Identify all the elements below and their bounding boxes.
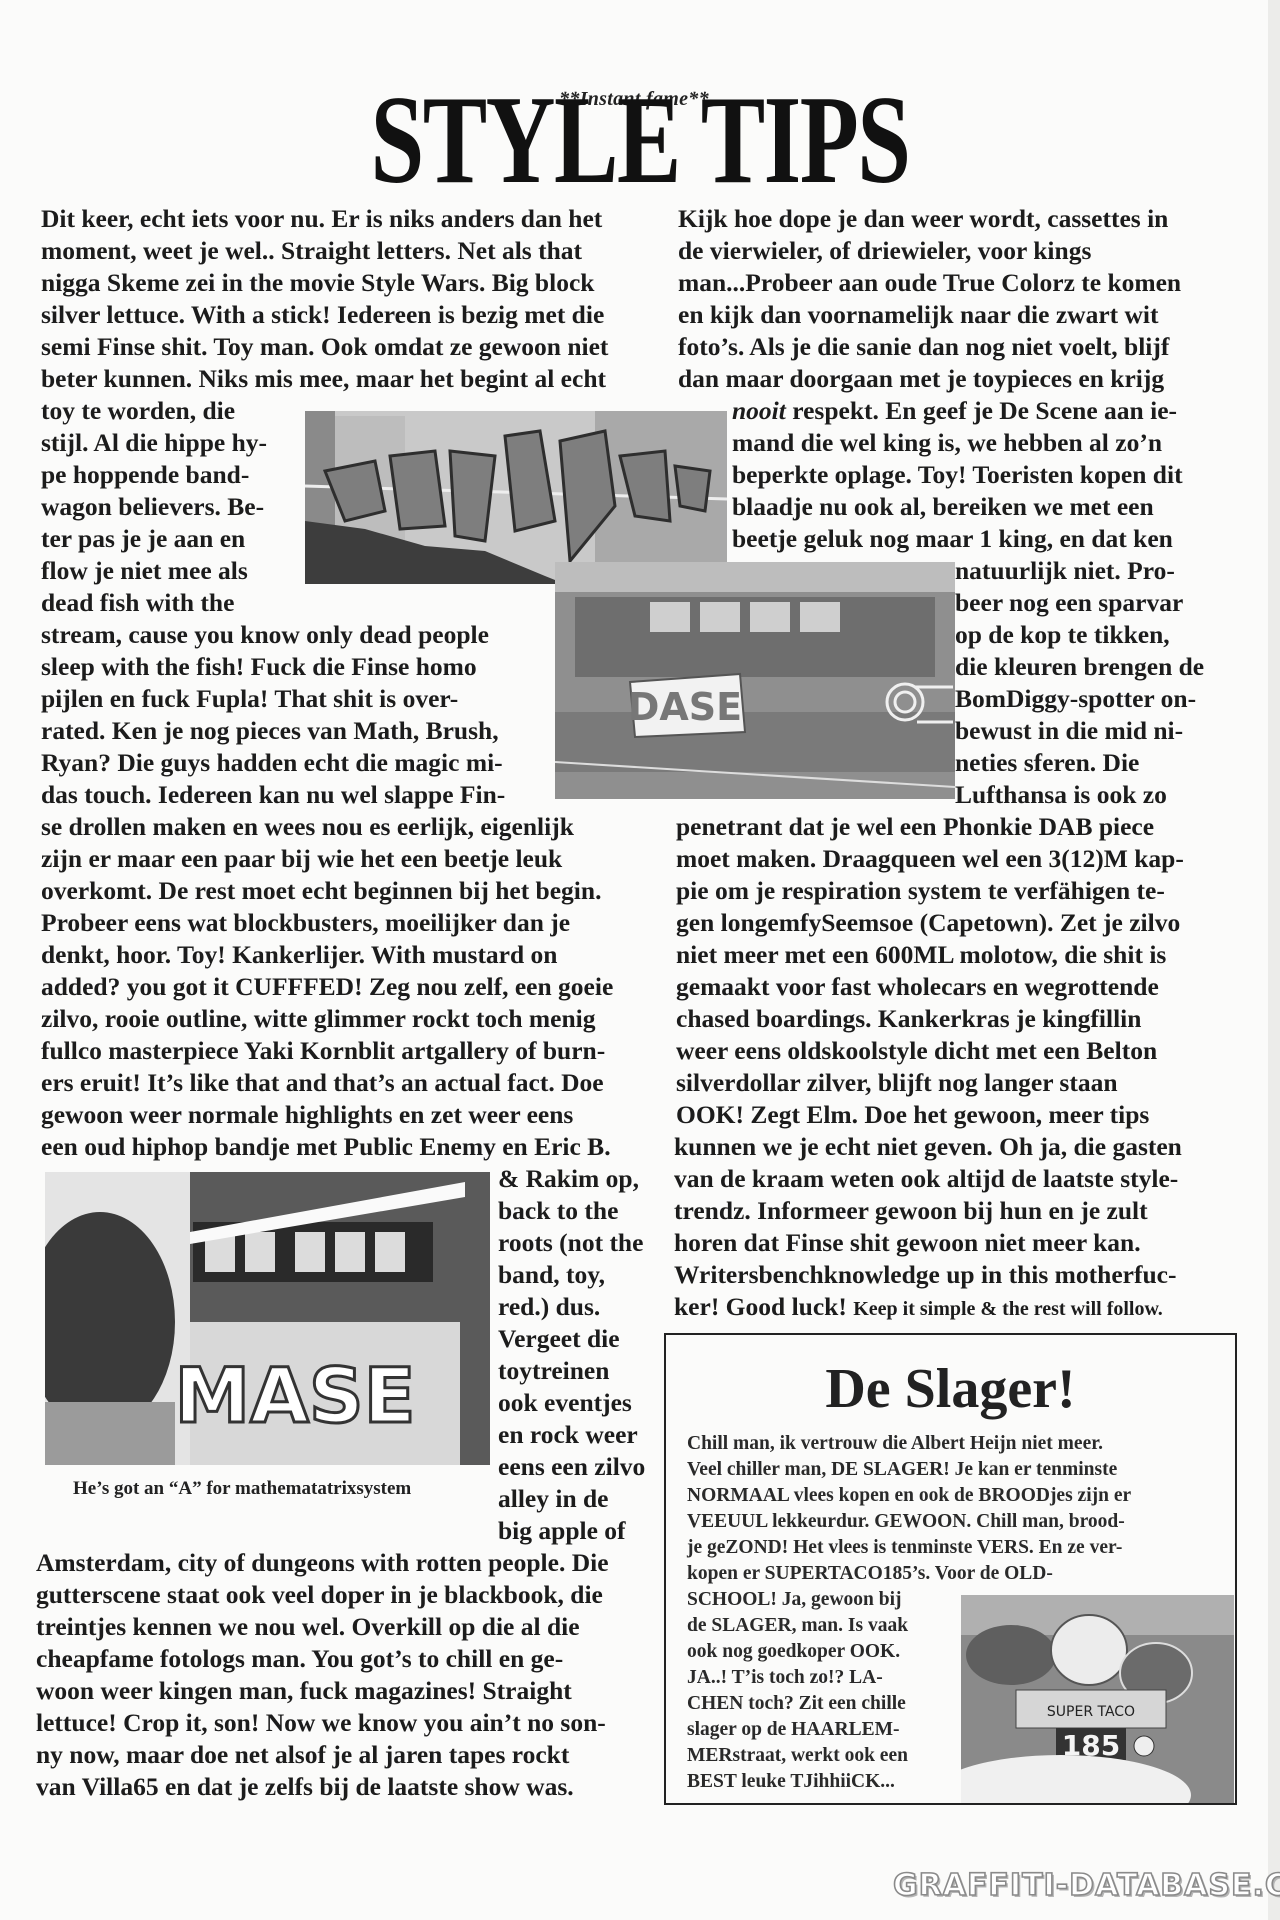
- right-line: gen longemfySeemsoe (Capetown). Zet je z…: [676, 907, 1180, 939]
- left-line: stream, cause you know only dead people: [41, 619, 489, 651]
- left-line: big apple of: [498, 1515, 626, 1547]
- graffiti-wall-image: [305, 411, 727, 584]
- right-line: van de kraam weten ook altijd de laatste…: [674, 1163, 1178, 1195]
- right-line: neties sferen. Die: [955, 747, 1139, 779]
- right-line: BomDiggy-spotter on-: [955, 683, 1196, 715]
- right-line: ker! Good luck! Keep it simple & the res…: [674, 1291, 1163, 1325]
- right-line: kunnen we je echt niet geven. Oh ja, die…: [674, 1131, 1182, 1163]
- box-line: CHEN toch? Zit een chille: [687, 1691, 906, 1718]
- left-line: ny now, maar doe net alsof je al jaren t…: [36, 1739, 569, 1771]
- right-line: en kijk dan voornamelijk naar die zwart …: [678, 299, 1159, 331]
- de-slager-box: De Slager! Chill man, ik vertrouw die Al…: [664, 1333, 1237, 1805]
- svg-text:DASE: DASE: [628, 685, 742, 729]
- box-line: MERstraat, werkt ook een: [687, 1743, 908, 1770]
- left-line: nigga Skeme zei in the movie Style Wars.…: [41, 267, 594, 299]
- right-line: man...Probeer aan oude True Colorz te ko…: [678, 267, 1181, 299]
- right-line: de vierwieler, of driewieler, voor kings: [678, 235, 1091, 267]
- left-line: & Rakim op,: [498, 1163, 639, 1195]
- right-line: penetrant dat je wel een Phonkie DAB pie…: [676, 811, 1154, 843]
- right-line: pie om je respiration system te verfähig…: [676, 875, 1165, 907]
- box-line: Veel chiller man, DE SLAGER! Je kan er t…: [687, 1457, 1117, 1484]
- building-piece-photo: MASE: [45, 1172, 490, 1465]
- left-line: se drollen maken en wees nou es eerlijk,…: [41, 811, 574, 843]
- right-line: gemaakt voor fast wholecars en wegrotten…: [676, 971, 1159, 1003]
- left-line: gutterscene staat ook veel doper in je b…: [36, 1579, 603, 1611]
- left-line: Dit keer, echt iets voor nu. Er is niks …: [41, 203, 602, 235]
- right-line: chased boardings. Kankerkras je kingfill…: [676, 1003, 1141, 1035]
- right-line: Kijk hoe dope je dan weer wordt, cassett…: [678, 203, 1168, 235]
- right-line: niet meer met een 600ML molotow, die shi…: [676, 939, 1166, 971]
- left-line: toy te worden, die: [41, 395, 235, 427]
- right-line: beer nog een sparvar: [955, 587, 1183, 619]
- box-line: kopen er SUPERTACO185’s. Voor de OLD-: [687, 1561, 1053, 1588]
- left-line: gewoon weer normale highlights en zet we…: [41, 1099, 573, 1131]
- photo-caption: He’s got an “A” for mathematatrixsystem: [73, 1478, 411, 1500]
- right-line: natuurlijk niet. Pro-: [955, 555, 1175, 587]
- right-line: trendz. Informeer gewoon bij hun en je z…: [674, 1195, 1148, 1227]
- left-line: zilvo, rooie outline, witte glimmer rock…: [41, 1003, 596, 1035]
- left-line: zijn er maar een paar bij wie het een be…: [41, 843, 562, 875]
- left-line: back to the: [498, 1195, 618, 1227]
- box-line: de SLAGER, man. Is vaak: [687, 1613, 908, 1640]
- left-line: fullco masterpiece Yaki Kornblit artgall…: [41, 1035, 605, 1067]
- left-line: flow je niet mee als: [41, 555, 248, 587]
- left-line: stijl. Al die hippe hy-: [41, 427, 267, 459]
- right-line: silverdollar zilver, blijft nog langer s…: [676, 1067, 1118, 1099]
- super-taco-photo: SUPER TACO 185: [961, 1595, 1234, 1803]
- right-line: foto’s. Als je die sanie dan nog niet vo…: [678, 331, 1169, 363]
- box-line: Chill man, ik vertrouw die Albert Heijn …: [687, 1431, 1103, 1458]
- right-line: blaadje nu ook al, bereiken we met een: [732, 491, 1154, 523]
- left-line: Probeer eens wat blockbusters, moeilijke…: [41, 907, 570, 939]
- box-line: slager op de HAARLEM-: [687, 1717, 900, 1744]
- left-line: das touch. Iedereen kan nu wel slappe Fi…: [41, 779, 505, 811]
- right-line: weer eens oldskoolstyle dicht met een Be…: [676, 1035, 1157, 1067]
- building-image: MASE: [45, 1172, 490, 1465]
- left-line: woon weer kingen man, fuck magazines! St…: [36, 1675, 572, 1707]
- left-line: Ryan? Die guys hadden echt die magic mi-: [41, 747, 503, 779]
- right-line: horen dat Finse shit gewoon niet meer ka…: [674, 1227, 1141, 1259]
- right-line: mand die wel king is, we hebben al zo’n: [732, 427, 1162, 459]
- left-line: alley in de: [498, 1483, 609, 1515]
- taco-image: SUPER TACO 185: [961, 1595, 1234, 1803]
- left-line: toytreinen: [498, 1355, 609, 1387]
- left-line: en rock weer: [498, 1419, 638, 1451]
- left-line: pe hoppende band-: [41, 459, 249, 491]
- left-line: eens een zilvo: [498, 1451, 645, 1483]
- left-line: Amsterdam, city of dungeons with rotten …: [36, 1547, 609, 1579]
- left-line: band, toy,: [498, 1259, 605, 1291]
- right-line: nooit respekt. En geef je De Scene aan i…: [732, 395, 1177, 427]
- left-line: van Villa65 en dat je zelfs bij de laats…: [36, 1771, 574, 1803]
- left-line: overkomt. De rest moet echt beginnen bij…: [41, 875, 601, 907]
- box-line: VEEUUL lekkeurdur. GEWOON. Chill man, br…: [687, 1509, 1125, 1536]
- box-line: ook nog goedkoper OOK.: [687, 1639, 900, 1666]
- watermark: GRAFFITI-DATABASE.COM: [893, 1868, 1280, 1903]
- page-title: STYLE TIPS: [328, 84, 952, 196]
- box-line: SCHOOL! Ja, gewoon bij: [687, 1587, 902, 1614]
- right-line: op de kop te tikken,: [955, 619, 1170, 651]
- left-line: rated. Ken je nog pieces van Math, Brush…: [41, 715, 499, 747]
- left-line: roots (not the: [498, 1227, 643, 1259]
- left-line: ter pas je je aan en: [41, 523, 245, 555]
- box-line: je geZOND! Het vlees is tenminste VERS. …: [687, 1535, 1122, 1562]
- svg-text:SUPER TACO: SUPER TACO: [1047, 1704, 1135, 1720]
- box-title: De Slager!: [666, 1357, 1235, 1421]
- left-line: lettuce! Crop it, son! Now we know you a…: [36, 1707, 606, 1739]
- left-line: een oud hiphop bandje met Public Enemy e…: [41, 1131, 611, 1163]
- box-line: NORMAAL vlees kopen en ook de BROODjes z…: [687, 1483, 1131, 1510]
- left-line: added? you got it CUFFFED! Zeg nou zelf,…: [41, 971, 613, 1003]
- left-line: cheapfame fotologs man. You got’s to chi…: [36, 1643, 563, 1675]
- right-line: Writersbenchknowledge up in this motherf…: [674, 1259, 1176, 1291]
- right-line: die kleuren brengen de: [955, 651, 1204, 683]
- page-edge: [1268, 0, 1280, 1920]
- left-line: sleep with the fish! Fuck die Finse homo: [41, 651, 477, 683]
- italic-word: nooit: [732, 396, 786, 425]
- left-line: Vergeet die: [498, 1323, 620, 1355]
- left-line: red.) dus.: [498, 1291, 600, 1323]
- right-line: beperkte oplage. Toy! Toeristen kopen di…: [732, 459, 1183, 491]
- tram-image: DASE: [555, 562, 955, 799]
- left-line: wagon believers. Be-: [41, 491, 264, 523]
- tram-piece-photo: DASE: [555, 562, 955, 799]
- right-line: OOK! Zegt Elm. Doe het gewoon, meer tips: [676, 1099, 1149, 1131]
- left-line: treintjes kennen we nou wel. Overkill op…: [36, 1611, 580, 1643]
- svg-text:MASE: MASE: [174, 1351, 415, 1440]
- left-line: beter kunnen. Niks mis mee, maar het beg…: [41, 363, 606, 395]
- wall-piece-photo: [305, 411, 727, 584]
- left-line: ook eventjes: [498, 1387, 632, 1419]
- left-line: denkt, hoor. Toy! Kankerlijer. With must…: [41, 939, 558, 971]
- right-line: bewust in die mid ni-: [955, 715, 1183, 747]
- closing-tagline: Keep it simple & the rest will follow.: [853, 1298, 1163, 1320]
- left-line: silver lettuce. With a stick! Iedereen i…: [41, 299, 604, 331]
- right-line: moet maken. Draagqueen wel een 3(12)M ka…: [676, 843, 1184, 875]
- left-line: ers eruit! It’s like that and that’s an …: [41, 1067, 604, 1099]
- right-line: beetje geluk nog maar 1 king, en dat ken: [732, 523, 1173, 555]
- left-line: dead fish with the: [41, 587, 234, 619]
- left-line: pijlen en fuck Fupla! That shit is over-: [41, 683, 458, 715]
- box-line: JA..! T’is toch zo!? LA-: [687, 1665, 883, 1692]
- box-line: BEST leuke TJihhiiCK...: [687, 1769, 895, 1796]
- left-line: moment, weet je wel.. Straight letters. …: [41, 235, 582, 267]
- right-line: dan maar doorgaan met je toypieces en kr…: [678, 363, 1164, 395]
- right-line: Lufthansa is ook zo: [955, 779, 1167, 811]
- left-line: semi Finse shit. Toy man. Ook omdat ze g…: [41, 331, 608, 363]
